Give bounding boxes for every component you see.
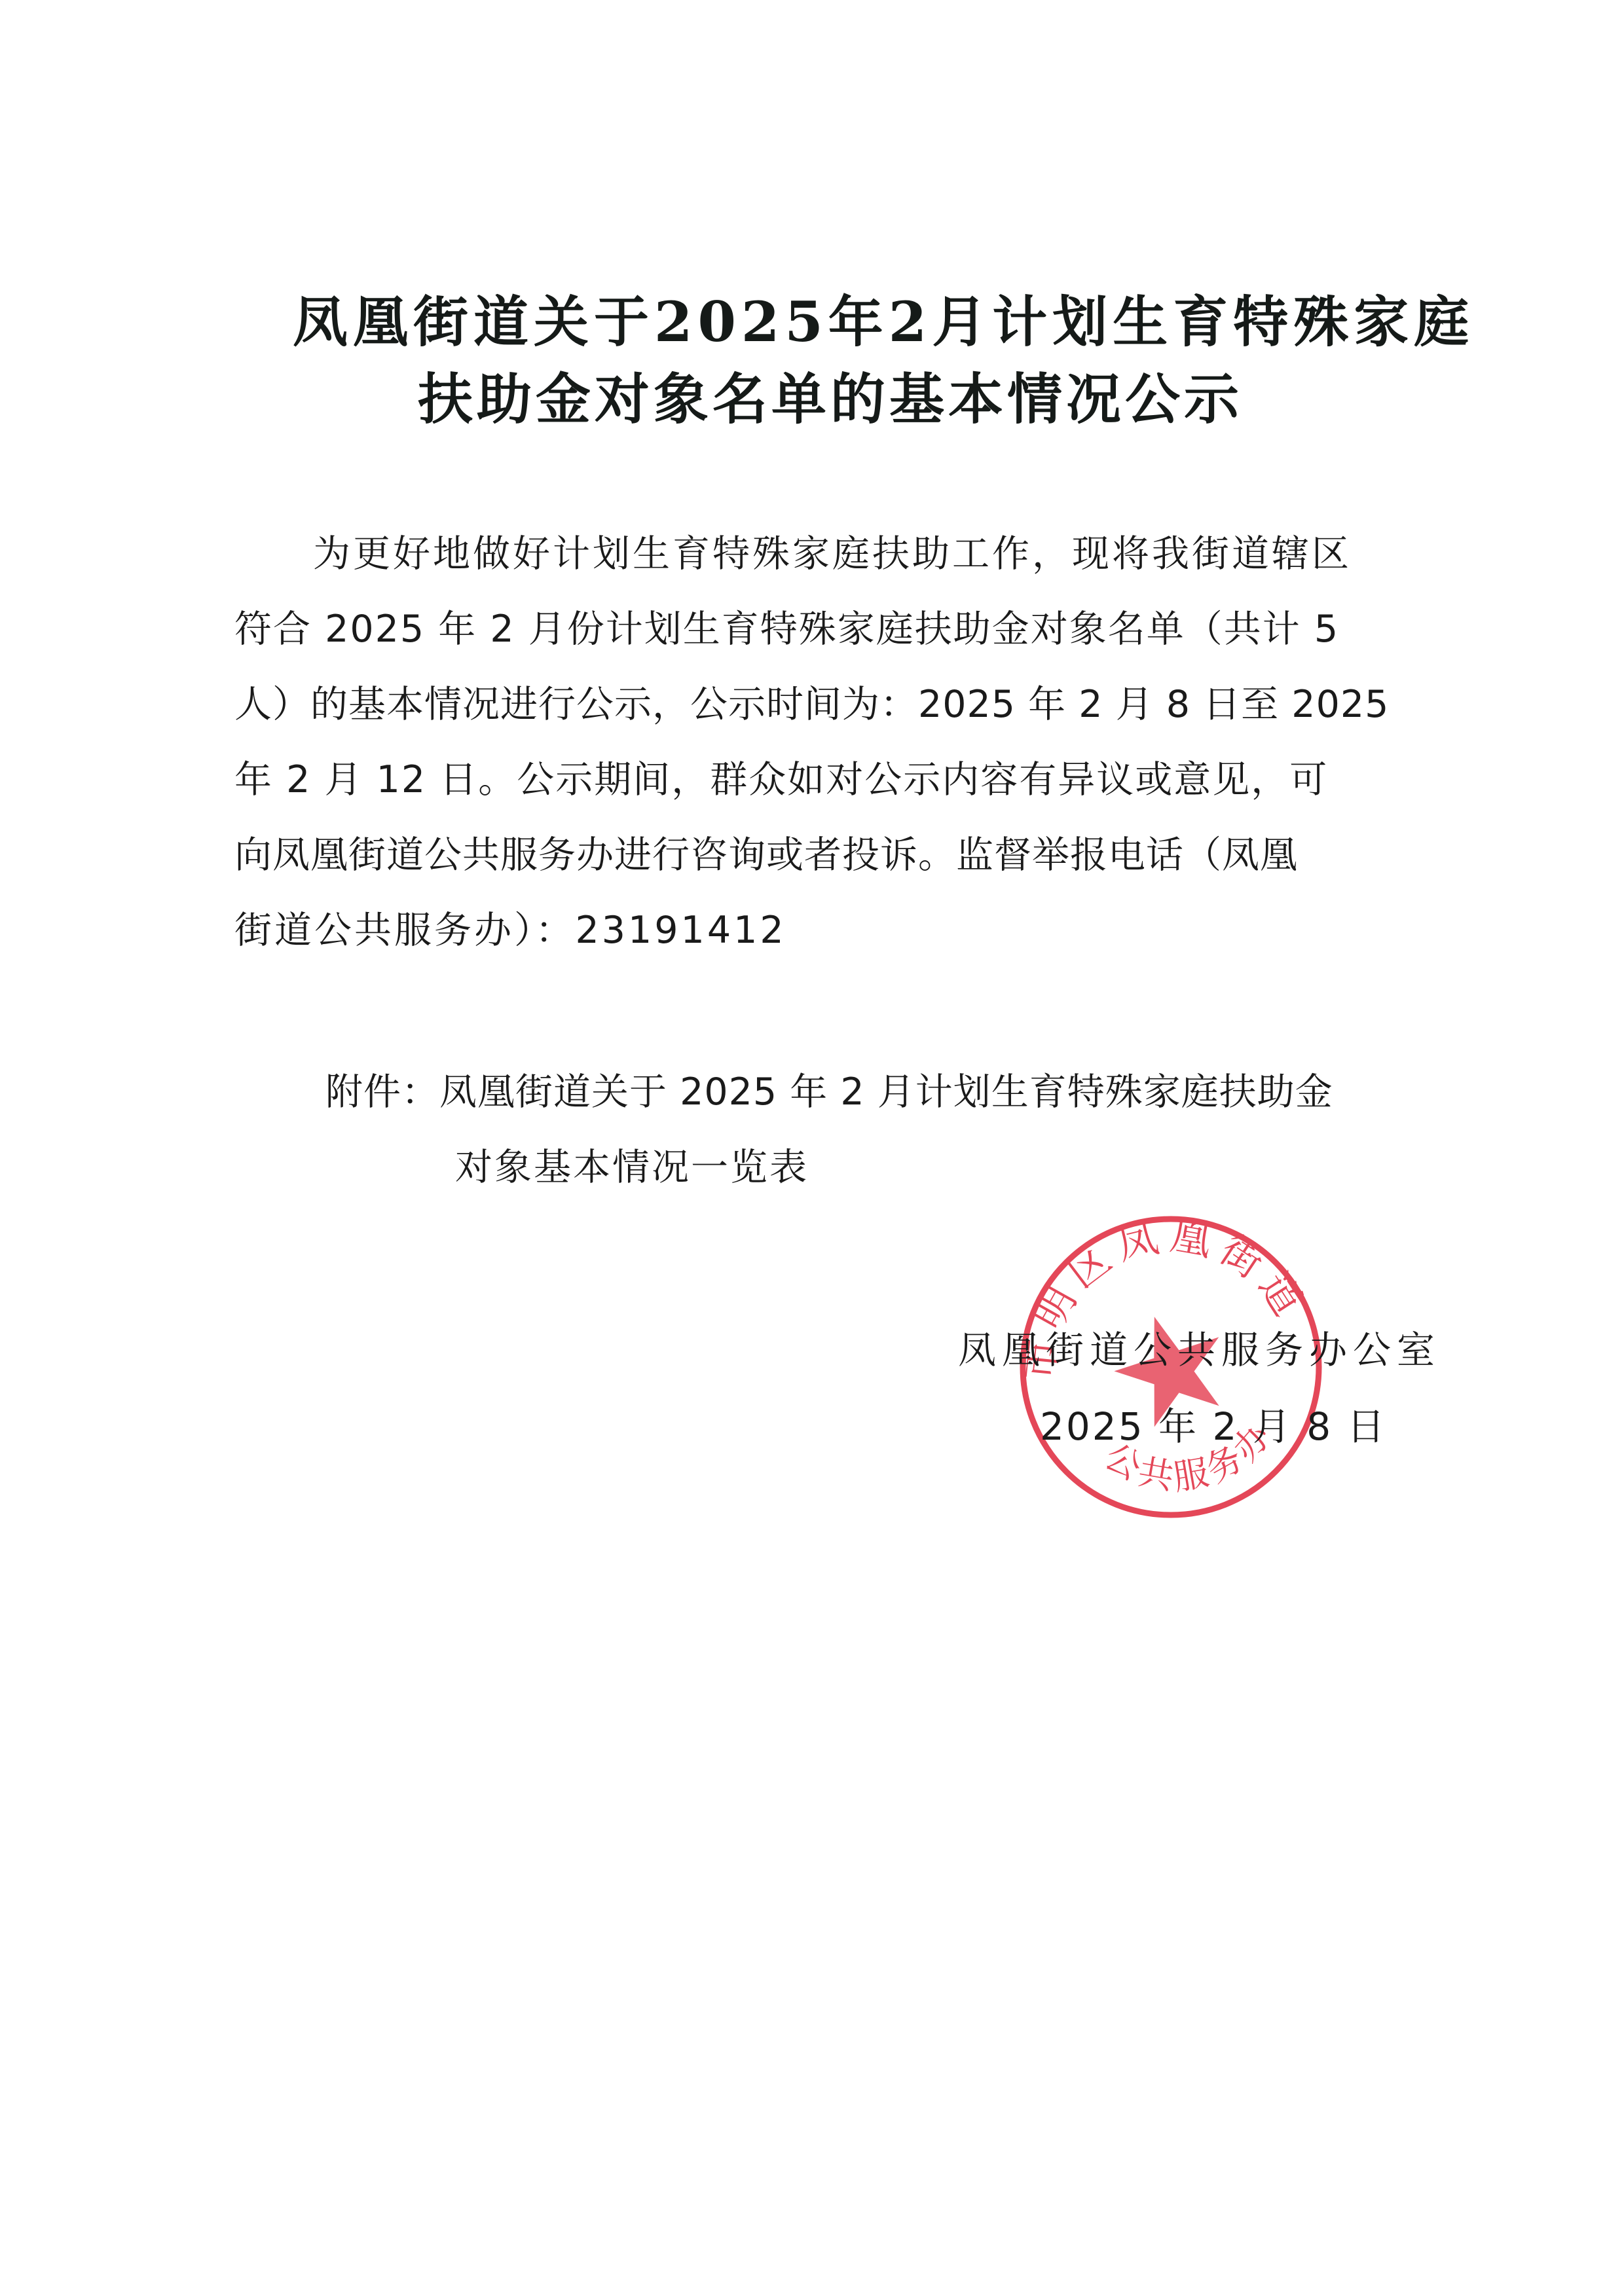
body-text: 人）的基本情况进行公示，公示时间为：2025 年 2 月 8 日至 2025 xyxy=(234,683,1389,726)
attachment-label: 附件： xyxy=(325,1070,439,1114)
body-text: 符合 2025 年 2 月份计划生育特殊家庭扶助金对象名单（共计 5 xyxy=(234,608,1339,651)
issuer-text: 凤凰街道公共服务办公室 xyxy=(958,1328,1441,1372)
body-line-3: 人）的基本情况进行公示，公示时间为：2025 年 2 月 8 日至 2025 xyxy=(234,686,1434,723)
body-text: 为更好地做好计划生育特殊家庭扶助工作，现将我街道辖区 xyxy=(313,532,1352,575)
body-line-1: 为更好地做好计划生育特殊家庭扶助工作，现将我街道辖区 xyxy=(313,536,1434,573)
attachment-line-2: 对象基本情况一览表 xyxy=(455,1149,809,1186)
body-text: 街道公共服务办）：23191412 xyxy=(234,909,786,952)
document-title-text-1: 凤凰街道关于2025年2月计划生育特殊家庭 xyxy=(293,295,1474,350)
document-title-text-2: 扶助金对象名单的基本情况公示 xyxy=(418,367,1243,431)
issue-date: 2025 年 2 月 8 日 xyxy=(1040,1408,1387,1446)
issue-date-text: 2025 年 2 月 8 日 xyxy=(1040,1404,1387,1449)
attachment-title-cont: 对象基本情况一览表 xyxy=(455,1146,809,1189)
body-text: 向凤凰街道公共服务办进行咨询或者投诉。监督举报电话（凤凰 xyxy=(234,833,1298,877)
body-line-2: 符合 2025 年 2 月份计划生育特殊家庭扶助金对象名单（共计 5 xyxy=(234,611,1434,648)
document-page: 凤凰街道关于2025年2月计划生育特殊家庭 扶助金对象名单的基本情况公示 为更好… xyxy=(0,0,1624,2296)
attachment-line-1: 附件：凤凰街道关于 2025 年 2 月计划生育特殊家庭扶助金 xyxy=(325,1074,1333,1111)
body-line-6: 街道公共服务办）：23191412 xyxy=(234,912,786,949)
document-title-line-1: 凤凰街道关于2025年2月计划生育特殊家庭 xyxy=(293,295,1432,350)
body-line-4: 年 2 月 12 日。公示期间，群众如对公示内容有异议或意见，可 xyxy=(234,761,1434,799)
issuer-name: 凤凰街道公共服务办公室 xyxy=(958,1331,1441,1369)
attachment-title: 凤凰街道关于 2025 年 2 月计划生育特殊家庭扶助金 xyxy=(439,1070,1333,1114)
body-text: 年 2 月 12 日。公示期间，群众如对公示内容有异议或意见，可 xyxy=(234,758,1328,801)
body-line-5: 向凤凰街道公共服务办进行咨询或者投诉。监督举报电话（凤凰 xyxy=(234,837,1434,874)
document-title-line-2: 扶助金对象名单的基本情况公示 xyxy=(418,372,1244,427)
